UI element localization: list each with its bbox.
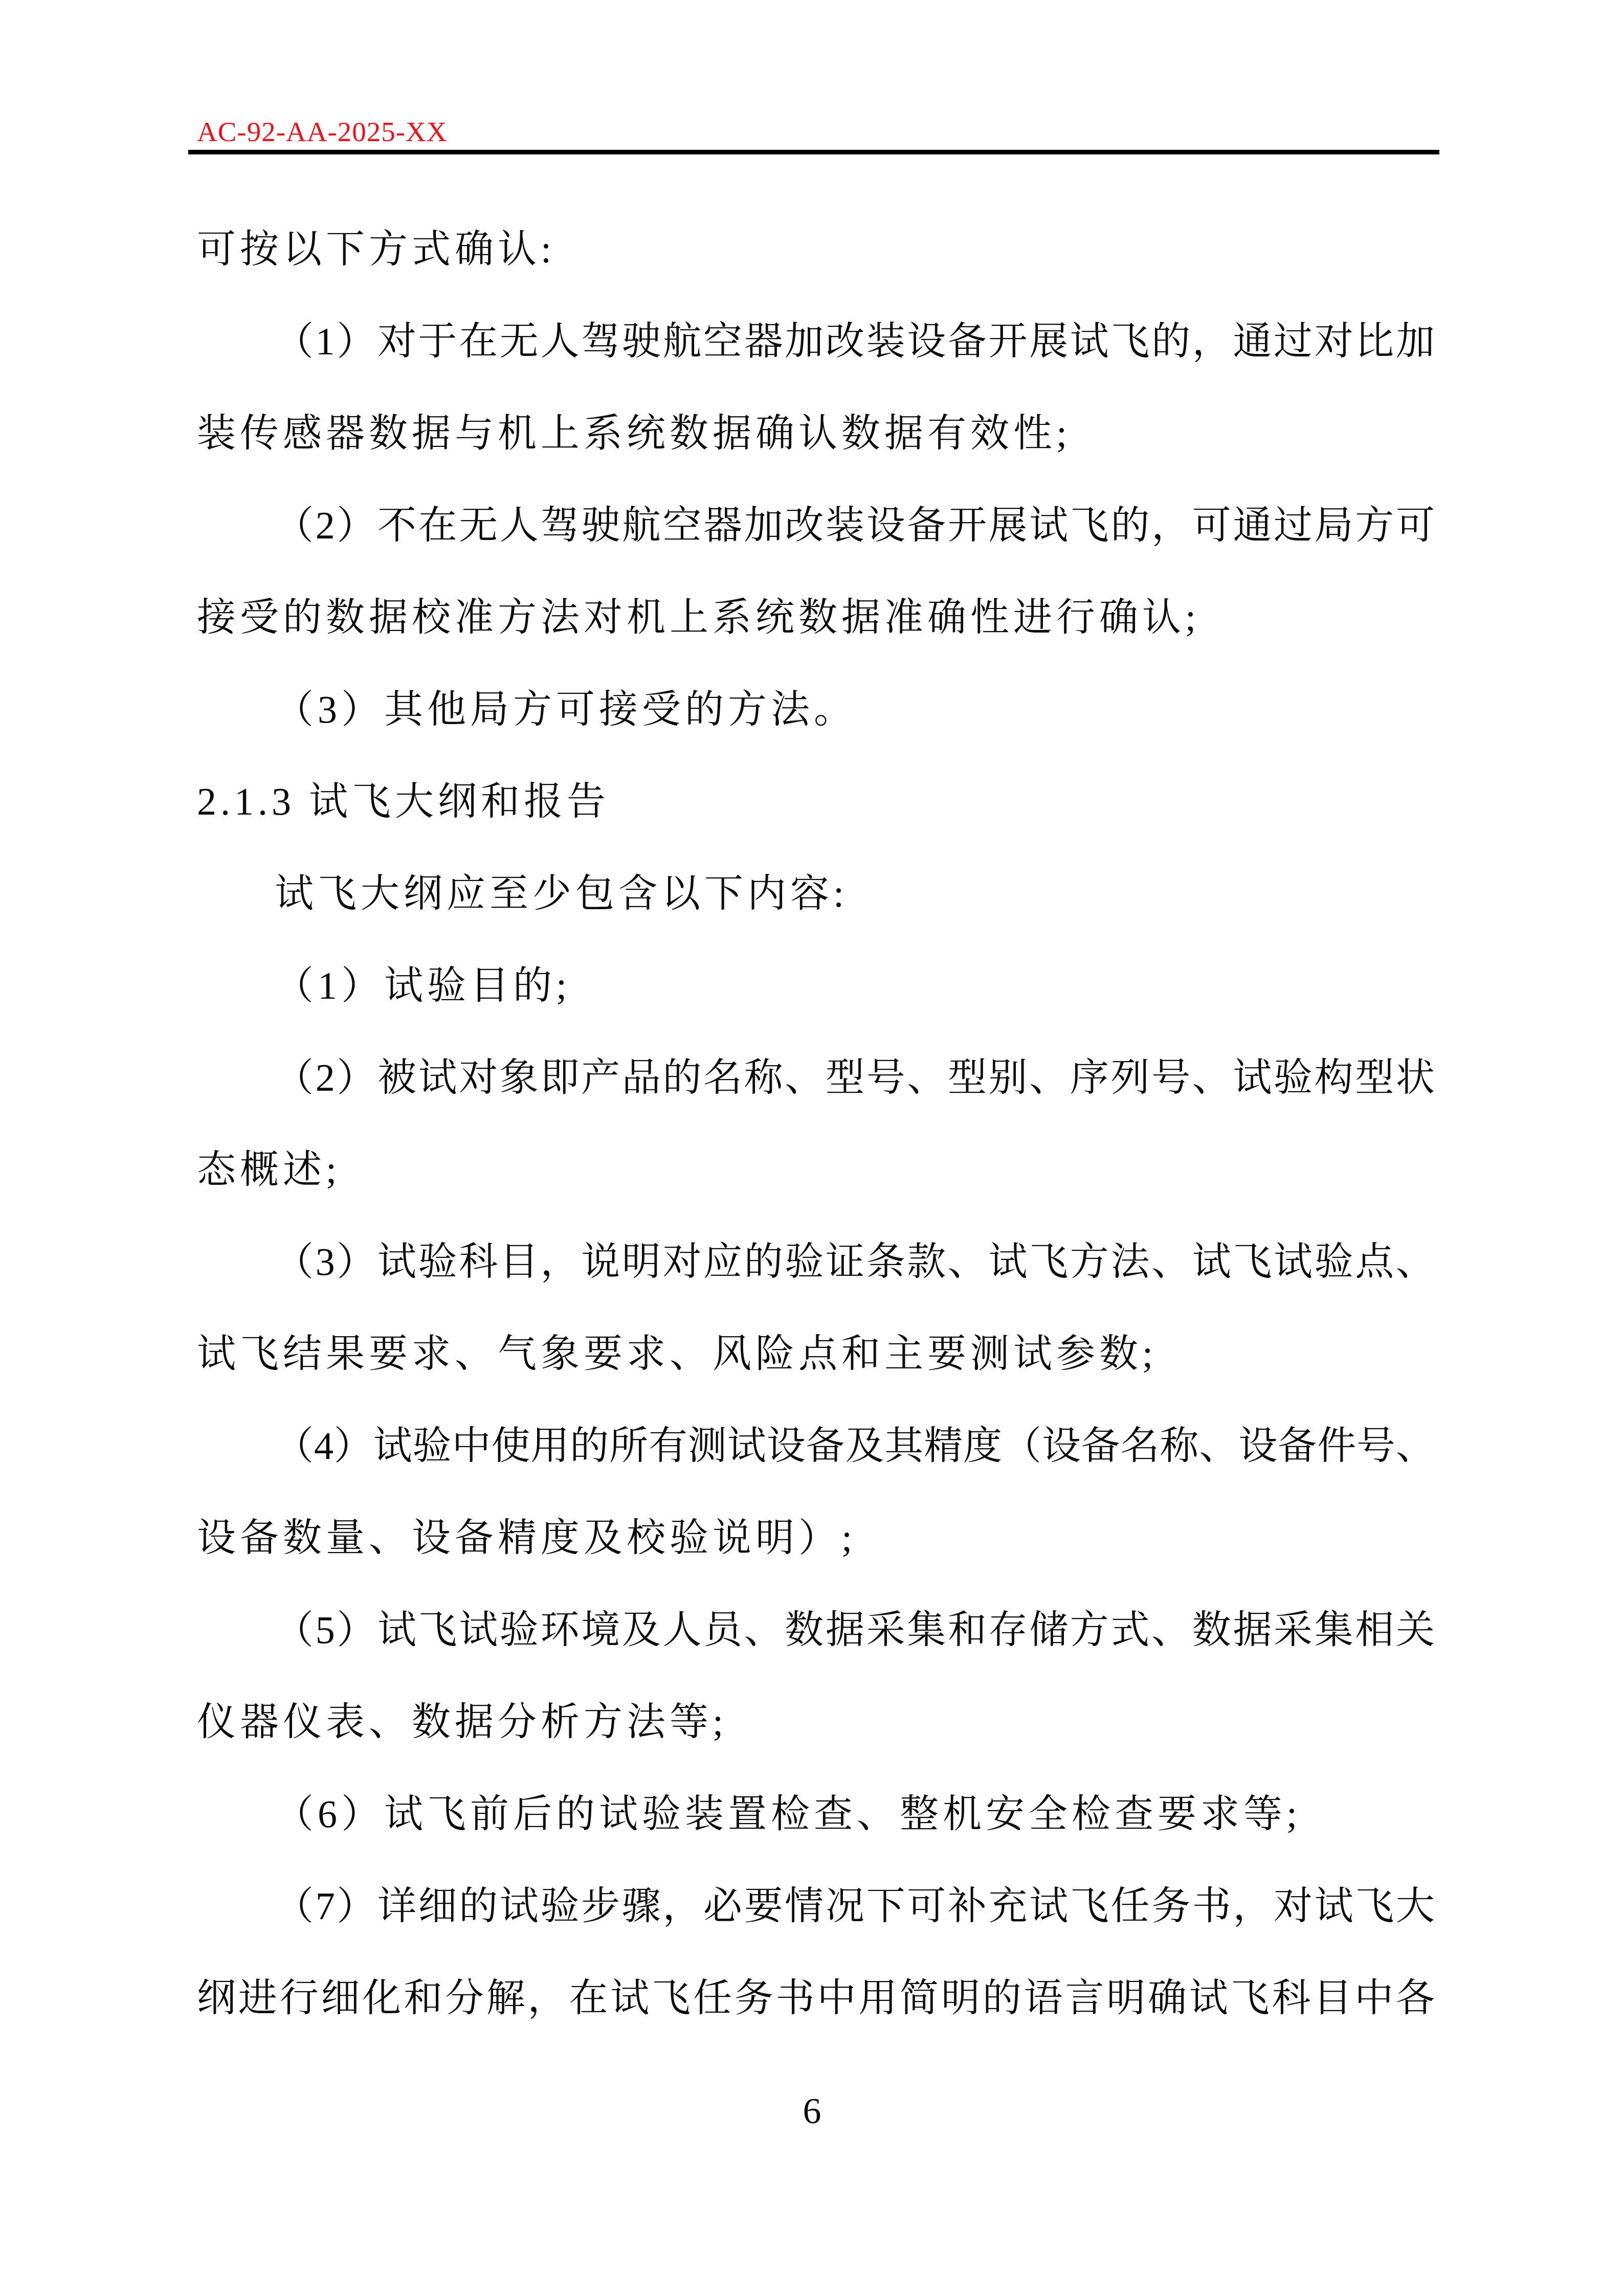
header-rule [188, 150, 1439, 154]
body-line: （3）其他局方可接受的方法。 [197, 664, 1435, 756]
body-line: 2.1.3 试飞大纲和报告 [197, 756, 1435, 848]
document-page: AC-92-AA-2025-XX 可按以下方式确认:（1）对于在无人驾驶航空器加… [0, 0, 1624, 2296]
body-line: （1）对于在无人驾驶航空器加改装设备开展试飞的，通过对比加 [197, 296, 1435, 388]
page-number: 6 [803, 2090, 821, 2131]
body-line: （2）被试对象即产品的名称、型号、型别、序列号、试验构型状 [197, 1032, 1435, 1124]
body-line: （6）试飞前后的试验装置检查、整机安全检查要求等; [197, 1768, 1435, 1860]
body-line: 仪器仪表、数据分析方法等; [197, 1676, 1435, 1768]
body-line: 纲进行细化和分解，在试飞任务书中用简明的语言明确试飞科目中各 [197, 1952, 1435, 2044]
body-line: 设备数量、设备精度及校验说明）; [197, 1492, 1435, 1584]
body-line: （4）试验中使用的所有测试设备及其精度（设备名称、设备件号、 [197, 1400, 1435, 1492]
body-line: 接受的数据校准方法对机上系统数据准确性进行确认; [197, 572, 1435, 664]
body-line: 试飞大纲应至少包含以下内容: [197, 848, 1435, 940]
body-line: 试飞结果要求、气象要求、风险点和主要测试参数; [197, 1308, 1435, 1400]
body-line: 可按以下方式确认: [197, 204, 1435, 296]
body-line: 态概述; [197, 1124, 1435, 1216]
body-line: （3）试验科目，说明对应的验证条款、试飞方法、试飞试验点、 [197, 1216, 1435, 1308]
page-footer: 6 [0, 2090, 1624, 2131]
document-body: 可按以下方式确认:（1）对于在无人驾驶航空器加改装设备开展试飞的，通过对比加装传… [197, 204, 1435, 2044]
body-line: 装传感器数据与机上系统数据确认数据有效性; [197, 388, 1435, 480]
body-line: （1）试验目的; [197, 940, 1435, 1032]
body-line: （2）不在无人驾驶航空器加改装设备开展试飞的，可通过局方可 [197, 480, 1435, 572]
body-line: （7）详细的试验步骤，必要情况下可补充试飞任务书，对试飞大 [197, 1860, 1435, 1952]
body-line: （5）试飞试验环境及人员、数据采集和存储方式、数据采集相关 [197, 1584, 1435, 1676]
doc-number: AC-92-AA-2025-XX [197, 116, 448, 148]
